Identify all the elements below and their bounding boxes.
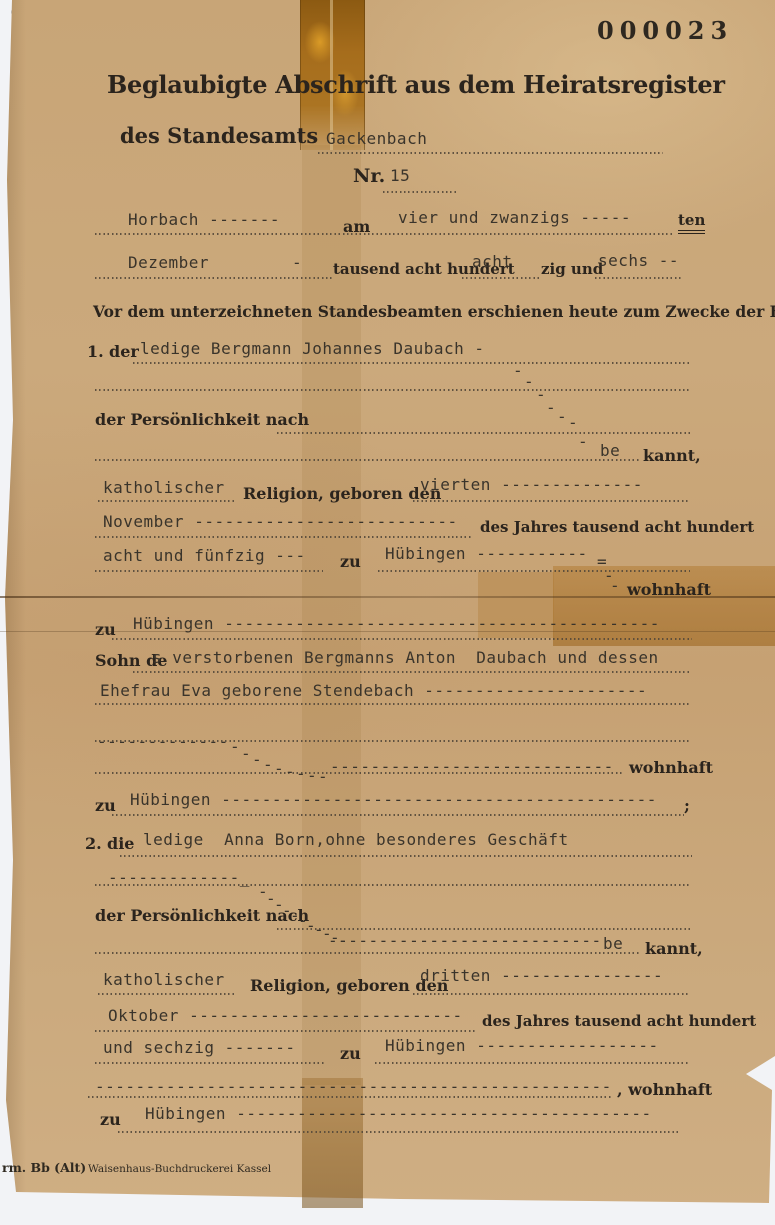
dotted-line xyxy=(595,277,683,279)
scanned-document: 000023 Beglaubigte Abschrift aus dem Hei… xyxy=(0,0,775,1225)
nr-label: Nr. xyxy=(353,165,385,187)
typed-dash-mark: - xyxy=(230,737,240,756)
dotted-line xyxy=(95,740,690,742)
dotted-line xyxy=(95,1030,475,1032)
person2-residence-typed: Hübingen -------------------------------… xyxy=(145,1104,652,1123)
unit-typed: sechs -- xyxy=(598,251,679,270)
person1-residence2-typed: Hübingen -------------------------------… xyxy=(130,790,657,809)
person1-name-typed: ledige Bergmann Johannes Daubach - xyxy=(140,339,485,358)
form-code-label: rm. Bb (Alt) xyxy=(2,1160,86,1175)
dotted-line xyxy=(88,1096,613,1098)
office-value-typed: Gackenbach xyxy=(326,129,427,148)
person2-religion-typed: katholischer xyxy=(103,970,225,989)
dotted-line xyxy=(462,277,540,279)
zig-label: zig und xyxy=(541,260,603,278)
person1-wohnhaft2-label: wohnhaft xyxy=(629,758,713,777)
person1-year-label: des Jahres tausend acht hundert xyxy=(480,518,754,536)
typed-dash-mark: - xyxy=(557,407,567,426)
person2-zu-label: zu xyxy=(340,1044,361,1063)
person2-be-typed: be xyxy=(603,934,623,953)
typed-dash-mark: - xyxy=(252,750,262,769)
person1-zu-label: zu xyxy=(340,552,361,571)
day-typed: vier und zwanzigs ----- xyxy=(398,208,631,227)
typed-dash-mark: - xyxy=(568,413,578,432)
nr-value-typed: 15 xyxy=(390,166,410,185)
dotted-line xyxy=(95,233,673,235)
dotted-line xyxy=(98,500,236,502)
typed-dash-mark: - xyxy=(296,764,306,783)
dotted-line xyxy=(95,570,323,572)
dotted-line xyxy=(95,1062,325,1064)
person2-name-typed: ledige Anna Born,ohne besonderes Geschäf… xyxy=(143,830,569,849)
typed-dash-mark: - xyxy=(536,385,546,404)
person1-number: 1. xyxy=(87,342,104,361)
month-dash-typed: - xyxy=(292,253,302,272)
person2-kannt-label: kannt, xyxy=(645,939,703,958)
typed-dash-mark: - xyxy=(524,372,534,391)
paper-edge-shading xyxy=(0,0,26,1212)
dotted-line xyxy=(112,638,692,640)
typed-dash-mark: - xyxy=(513,361,523,380)
person2-prebe-dashes-typed: --------------------------- xyxy=(328,931,602,950)
person1-birthmonth-typed: November -------------------------- xyxy=(103,512,458,531)
paper-speck xyxy=(3,248,8,253)
person1-wohnhaft-label: wohnhaft xyxy=(627,580,711,599)
document-title: Beglaubigte Abschrift aus dem Heiratsreg… xyxy=(107,70,725,99)
dotted-line xyxy=(95,277,332,279)
dotted-line xyxy=(413,993,690,995)
person1-be-typed: be xyxy=(600,441,620,460)
person2-birthmonth-typed: Oktober --------------------------- xyxy=(108,1006,463,1025)
person1-religion-typed: katholischer xyxy=(103,478,225,497)
person1-identity-label: der Persönlichkeit nach xyxy=(95,410,309,429)
typed-dash-mark: - xyxy=(546,398,556,417)
dotted-line xyxy=(120,855,692,857)
intro-paragraph: Vor dem unterzeichneten Standesbeamten e… xyxy=(93,302,775,321)
person1-birthday-typed: vierten -------------- xyxy=(420,475,643,494)
dotted-line xyxy=(95,884,690,886)
dotted-line xyxy=(95,703,690,705)
ten-label: ten xyxy=(678,211,705,234)
place-typed: Horbach ------- xyxy=(128,210,280,229)
paper-speck xyxy=(5,8,12,16)
person2-wohnhaft-label: , wohnhaft xyxy=(617,1080,712,1099)
person2-birthday-typed: dritten ---------------- xyxy=(420,966,663,985)
person1-parents2-typed: Ehefrau Eva geborene Stendebach --------… xyxy=(100,681,647,700)
dotted-line xyxy=(95,952,640,954)
person2-article: die xyxy=(107,834,134,853)
dotted-line xyxy=(413,500,690,502)
typed-dash-mark: - xyxy=(285,762,295,781)
person2-wohnhaft-dashes-typed: ----------------------------------------… xyxy=(95,1077,612,1096)
dotted-line xyxy=(133,671,690,673)
printer-imprint-label: Waisenhaus-Buchdruckerei Kassel xyxy=(88,1163,271,1175)
typed-dash-mark: - xyxy=(338,931,348,950)
dotted-line xyxy=(118,1131,680,1133)
month-typed: Dezember xyxy=(128,253,209,272)
typed-dash-mark: - xyxy=(318,767,328,786)
person1-kannt-label: kannt, xyxy=(643,446,701,465)
dotted-line xyxy=(375,1062,690,1064)
typed-dash-mark: - xyxy=(307,766,317,785)
person1-residence2-zu-label: zu xyxy=(95,796,116,815)
dotted-line xyxy=(112,814,684,816)
tape-strip-right xyxy=(553,566,775,646)
dotted-line xyxy=(95,536,473,538)
typed-dash-mark: - xyxy=(263,755,273,774)
decade-typed: acht xyxy=(472,252,513,271)
dotted-line xyxy=(98,993,236,995)
typed-dash-mark: - xyxy=(274,759,284,778)
dotted-line xyxy=(318,152,663,154)
dotted-line xyxy=(95,772,623,774)
person2-birthplace-typed: Hübingen ------------------ xyxy=(385,1036,659,1055)
person1-residence-zu-label: zu xyxy=(95,620,116,639)
dotted-line xyxy=(95,459,640,461)
person1-birthyear-typed: acht und fünfzig --- xyxy=(103,546,306,565)
person1-birthplace-typed: Hübingen ----------- xyxy=(385,544,588,563)
person2-residence-zu-label: zu xyxy=(100,1110,121,1129)
person1-residence-typed: Hübingen -------------------------------… xyxy=(133,614,660,633)
dotted-line xyxy=(133,362,690,364)
typed-dash-mark: - xyxy=(578,432,588,451)
dotted-line xyxy=(277,432,690,434)
person1-article: der xyxy=(109,342,139,361)
typed-dash-mark: - xyxy=(610,576,620,595)
person2-birthyear-typed: und sechzig ------- xyxy=(103,1038,296,1057)
person2-number: 2. xyxy=(85,834,102,853)
typed-dash-mark: - xyxy=(241,744,251,763)
dotted-line xyxy=(378,570,690,572)
serial-number-stamp: 000023 xyxy=(597,16,733,45)
person2-year-label: des Jahres tausend acht hundert xyxy=(482,1012,756,1030)
dotted-line xyxy=(383,191,458,193)
person1-parents1-typed: s verstorbenen Bergmanns Anton Daubach u… xyxy=(152,648,659,667)
office-label: des Standesamts xyxy=(120,123,318,148)
dotted-line xyxy=(95,389,690,391)
person1-religion-label: Religion, geboren den xyxy=(243,484,441,503)
person1-semicolon: ; xyxy=(684,796,690,815)
